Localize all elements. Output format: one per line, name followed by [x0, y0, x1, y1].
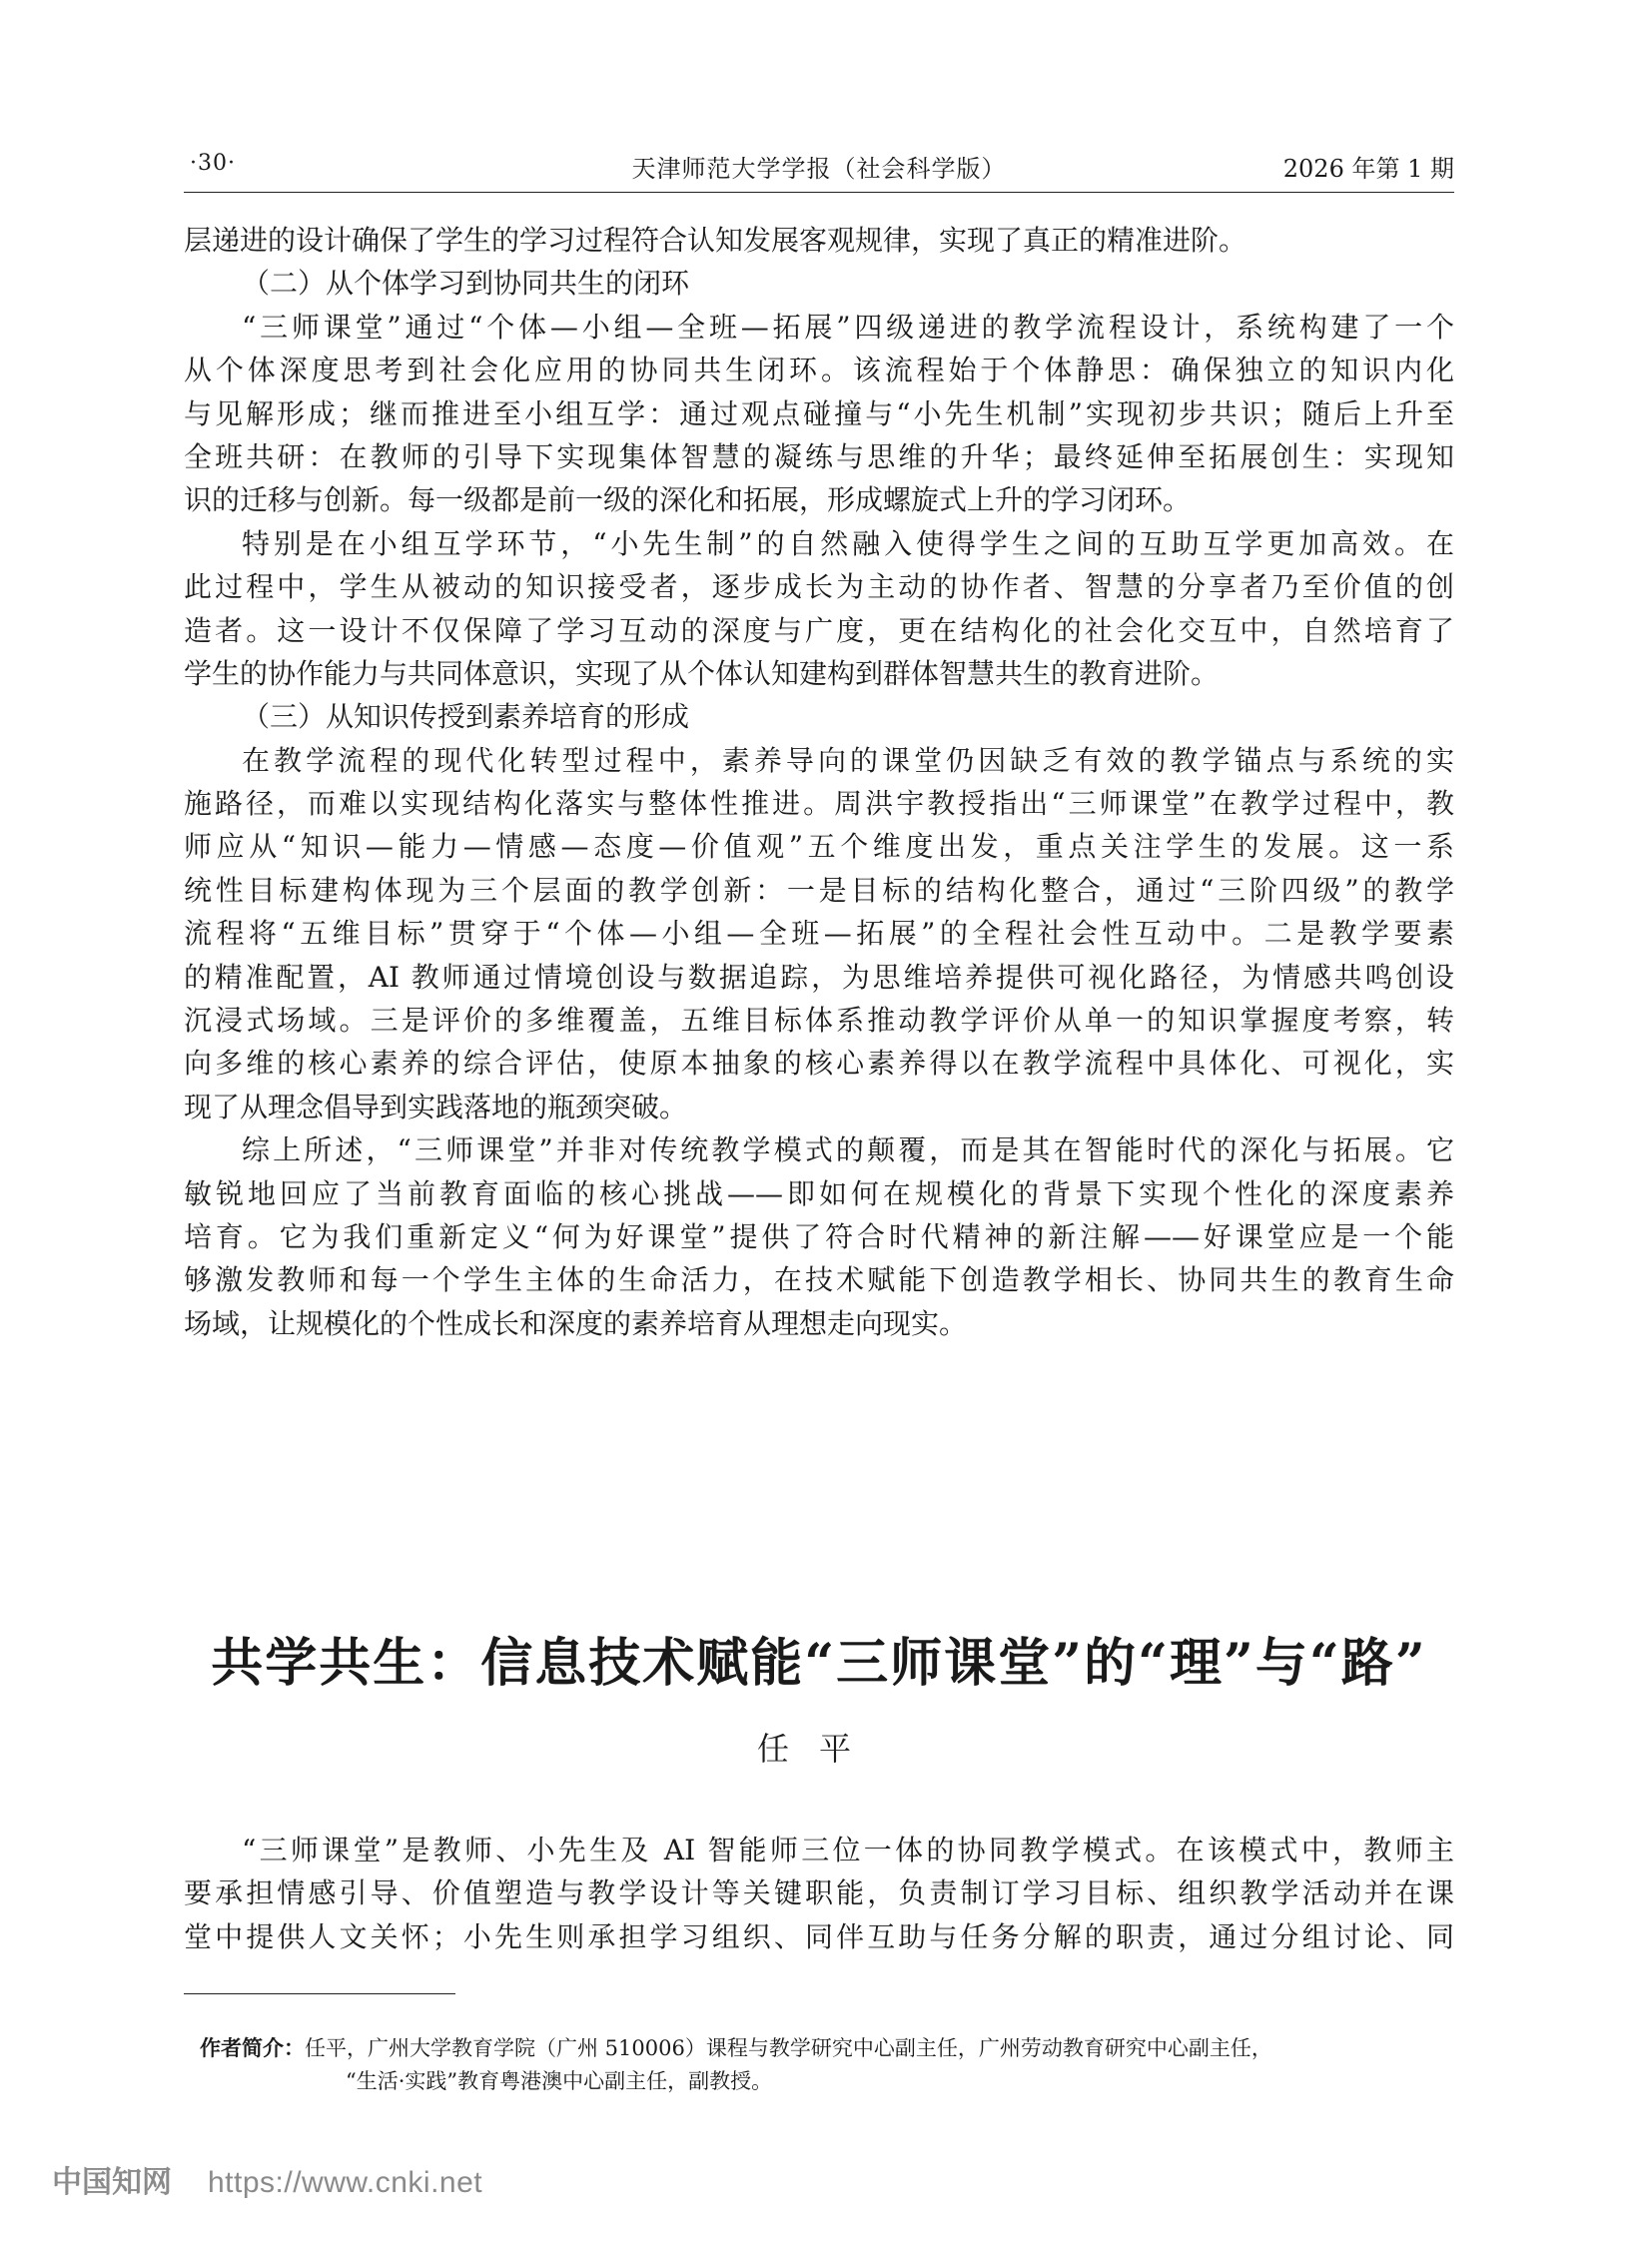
footnote-text: 任平，广州大学教育学院（广州 510006）课程与教学研究中心副主任，广州劳动教…: [305, 2036, 1272, 2060]
paragraph-line: 施路径，而难以实现结构化落实与整体性推进。周洪宇教授指出“三师课堂”在教学过程中…: [184, 782, 1454, 825]
paragraph-line: 师应从“知识—能力—情感—态度—价值观”五个维度出发，重点关注学生的发展。这一系: [184, 825, 1454, 868]
paragraph-line: 识的迁移与创新。每一级都是前一级的深化和拓展，形成螺旋式上升的学习闭环。: [184, 478, 1454, 521]
paragraph-line: 够激发教师和每一个学生主体的生命活力，在技术赋能下创造教学相长、协同共生的教育生…: [184, 1258, 1454, 1301]
paragraph-line: 与见解形成；继而推进至小组互学：通过观点碰撞与“小先生机制”实现初步共识；随后上…: [184, 392, 1454, 435]
paragraph-line: 特别是在小组互学环节，“小先生制”的自然融入使得学生之间的互助互学更加高效。在: [184, 522, 1454, 565]
watermark-url: https://www.cnki.net: [208, 2166, 482, 2199]
paragraph-line: 全班共研：在教师的引导下实现集体智慧的凝练与思维的升华；最终延伸至拓展创生：实现…: [184, 435, 1454, 478]
footnote-label: 作者简介：: [200, 2035, 305, 2060]
article-body: “三师课堂”是教师、小先生及 AI 智能师三位一体的协同教学模式。在该模式中，教…: [184, 1829, 1454, 1958]
section-heading: （二）从个体学习到协同共生的闭环: [184, 262, 1454, 305]
paragraph-line: 场域，让规模化的个性成长和深度的素养培育从理想走向现实。: [184, 1302, 1454, 1345]
footnote-text-continued: “生活·实践”教育粤港澳中心副主任，副教授。: [200, 2065, 1458, 2098]
header-rule: [184, 192, 1454, 193]
paragraph-line: 从个体深度思考到社会化应用的协同共生闭环。该流程始于个体静思：确保独立的知识内化: [184, 349, 1454, 391]
section-heading: （三）从知识传授到素养培育的形成: [184, 695, 1454, 738]
watermark-brand: 中国知网: [52, 2166, 172, 2199]
paragraph-line: 要承担情感引导、价值塑造与教学设计等关键职能，负责制订学习目标、组织教学活动并在…: [184, 1871, 1454, 1914]
paragraph-line: 在教学流程的现代化转型过程中，素养导向的课堂仍因缺乏有效的教学锚点与系统的实: [184, 739, 1454, 782]
paragraph-line: 的精准配置，AI 教师通过情境创设与数据追踪，为思维培养提供可视化路径，为情感共…: [184, 956, 1454, 999]
paragraph-line: 流程将“五维目标”贯穿于“个体—小组—全班—拓展”的全程社会性互动中。二是教学要…: [184, 912, 1454, 955]
article-author: 任平: [184, 1724, 1454, 1770]
journal-name: 天津师范大学学报（社会科学版）: [184, 149, 1454, 184]
cnki-watermark: 中国知网https://www.cnki.net: [52, 2157, 482, 2201]
paragraph-line: 培育。它为我们重新定义“何为好课堂”提供了符合时代精神的新注解——好课堂应是一个…: [184, 1215, 1454, 1258]
paragraph-line: 综上所述，“三师课堂”并非对传统教学模式的颠覆，而是其在智能时代的深化与拓展。它: [184, 1128, 1454, 1171]
paragraph-line: 沉浸式场域。三是评价的多维覆盖，五维目标体系推动教学评价从单一的知识掌握度考察，…: [184, 999, 1454, 1042]
previous-article-body: 层递进的设计确保了学生的学习过程符合认知发展客观规律，实现了真正的精准进阶。 （…: [184, 219, 1454, 1345]
paragraph-line: “三师课堂”通过“个体—小组—全班—拓展”四级递进的教学流程设计，系统构建了一个: [184, 306, 1454, 349]
issue-label: 2026 年第 1 期: [1283, 149, 1454, 184]
paragraph-line: 层递进的设计确保了学生的学习过程符合认知发展客观规律，实现了真正的精准进阶。: [184, 219, 1454, 262]
paragraph-line: “三师课堂”是教师、小先生及 AI 智能师三位一体的协同教学模式。在该模式中，教…: [184, 1829, 1454, 1871]
paragraph-line: 造者。这一设计不仅保障了学习互动的深度与广度，更在结构化的社会化交互中，自然培育…: [184, 609, 1454, 652]
paragraph-line: 敏锐地回应了当前教育面临的核心挑战——即如何在规模化的背景下实现个性化的深度素养: [184, 1172, 1454, 1215]
paragraph-line: 此过程中，学生从被动的知识接受者，逐步成长为主动的协作者、智慧的分享者乃至价值的…: [184, 565, 1454, 608]
paragraph-line: 堂中提供人文关怀；小先生则承担学习组织、同伴互助与任务分解的职责，通过分组讨论、…: [184, 1915, 1454, 1958]
paragraph-line: 学生的协作能力与共同体意识，实现了从个体认知建构到群体智慧共生的教育进阶。: [184, 652, 1454, 695]
paragraph-line: 统性目标建构体现为三个层面的教学创新：一是目标的结构化整合，通过“三阶四级”的教…: [184, 869, 1454, 912]
article-title: 共学共生：信息技术赋能“三师课堂”的“理”与“路”: [184, 1621, 1454, 1696]
paragraph-line: 向多维的核心素养的综合评估，使原本抽象的核心素养得以在教学流程中具体化、可视化，…: [184, 1042, 1454, 1085]
paragraph-line: 现了从理念倡导到实践落地的瓶颈突破。: [184, 1086, 1454, 1128]
author-footnote: 作者简介：任平，广州大学教育学院（广州 510006）课程与教学研究中心副主任，…: [200, 2031, 1458, 2098]
footnote-rule: [184, 1993, 455, 1994]
running-header: ·30· 天津师范大学学报（社会科学版） 2026 年第 1 期: [184, 147, 1454, 187]
